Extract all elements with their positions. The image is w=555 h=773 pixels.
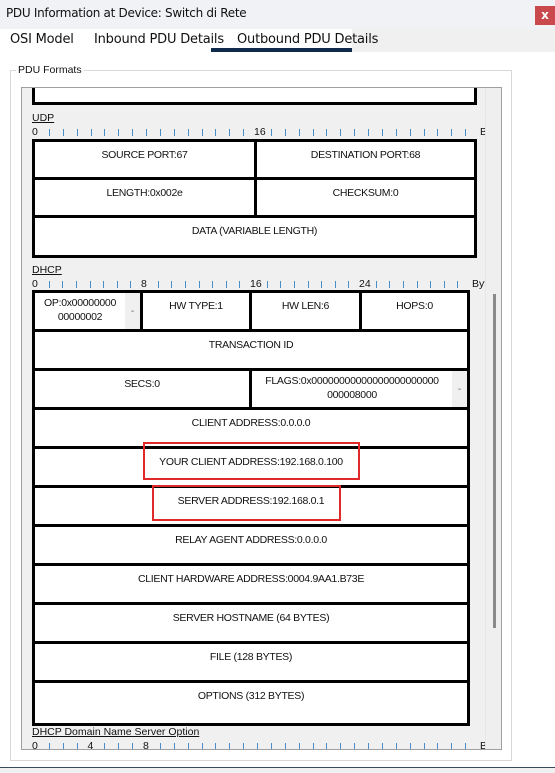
ruler-tick (340, 129, 341, 136)
ruler-tick (451, 743, 452, 750)
ruler-mark: 8 (141, 278, 147, 290)
ruler-mark: 0 (32, 740, 38, 750)
pdu-formats-label: PDU Formats (16, 64, 84, 76)
ruler-tick (465, 743, 466, 750)
ruler-tick (77, 743, 78, 750)
dhcp-client-address-field: CLIENT ADDRESS:0.0.0.0 (35, 410, 467, 446)
dhcp-file-field: FILE (128 BYTES) (35, 644, 467, 680)
ruler-tick (457, 281, 458, 288)
dhcp-hops-field: HOPS:0 (362, 293, 467, 329)
ruler-tick (280, 281, 281, 288)
ruler-tick (308, 281, 309, 288)
ruler-tick (410, 743, 411, 750)
ruler-mark: 8 (143, 740, 149, 750)
ruler-tick (199, 281, 200, 288)
window-bottom-edge (0, 767, 555, 773)
ruler-tick (430, 281, 431, 288)
ruler-mark: 16 (254, 126, 266, 138)
ruler-tick (299, 743, 300, 750)
pdu-scroll-area[interactable]: UDP 016Bits SOURCE PORT:67 DESTINATION P… (21, 87, 502, 750)
ruler-tick (444, 281, 445, 288)
ruler-tick (348, 281, 349, 288)
ruler-tick (368, 129, 369, 136)
dhcp-relay-agent-address-field: RELAY AGENT ADDRESS:0.0.0.0 (35, 527, 467, 563)
dhcp-flags-field: FLAGS:0x00000000000000000000000 00000800… (252, 371, 452, 407)
ruler-tick (188, 129, 189, 136)
ruler-tick (202, 743, 203, 750)
ruler-tick (160, 129, 161, 136)
udp-source-port-field: SOURCE PORT:67 (35, 142, 254, 177)
ruler-tick (239, 281, 240, 288)
udp-data-field: DATA (VARIABLE LENGTH) (35, 218, 474, 255)
tab-osi-model[interactable]: OSI Model (10, 32, 74, 47)
vertical-scrollbar[interactable] (485, 88, 501, 749)
ruler-tick (403, 281, 404, 288)
dhcp-secs-field: SECS:0 (35, 371, 249, 407)
ruler-tick (212, 281, 213, 288)
ruler-tick (104, 129, 105, 136)
flags-field-scroll[interactable]: - (452, 371, 467, 407)
ruler-tick (174, 129, 175, 136)
ruler-tick (188, 743, 189, 750)
ruler-tick (354, 743, 355, 750)
ruler-tick (118, 743, 119, 750)
ruler-mark: 0 (32, 126, 38, 138)
ruler-tick (271, 743, 272, 750)
title-bar: PDU Information at Device: Switch di Ret… (0, 0, 555, 29)
close-icon: x (541, 8, 549, 22)
ruler-tick (158, 281, 159, 288)
ruler-tick (465, 129, 466, 136)
scrollbar-thumb[interactable] (493, 294, 496, 628)
ruler-tick (229, 743, 230, 750)
ruler-tick (437, 743, 438, 750)
udp-header-box: SOURCE PORT:67 DESTINATION PORT:68 LENGT… (32, 139, 477, 258)
ruler-tick (285, 743, 286, 750)
dhcp-transaction-id-field: TRANSACTION ID (35, 332, 467, 368)
ruler-tick (326, 743, 327, 750)
ruler-tick (321, 281, 322, 288)
ruler-tick (424, 129, 425, 136)
dhcp-op-field: OP:0x00000000 00000002 (35, 293, 125, 329)
ruler-tick (130, 281, 131, 288)
ruler-tick (91, 129, 92, 136)
ruler-tick (313, 129, 314, 136)
ruler-tick (294, 281, 295, 288)
ruler-tick (354, 129, 355, 136)
dhcp-byte-ruler: 081624Bytes (32, 278, 502, 290)
ruler-tick (49, 129, 50, 136)
tab-outbound-pdu-details[interactable]: Outbound PDU Details (237, 32, 378, 47)
dhcp-client-hardware-address-field: CLIENT HARDWARE ADDRESS:0004.9AA1.B73E (35, 566, 467, 602)
ruler-tick (63, 129, 64, 136)
dhcp-section-label: DHCP (32, 264, 62, 276)
udp-destination-port-field: DESTINATION PORT:68 (257, 142, 474, 177)
dns-option-bit-ruler: 048Bits (32, 740, 502, 750)
ruler-tick (396, 129, 397, 136)
ruler-tick (299, 129, 300, 136)
ruler-tick (146, 129, 147, 136)
highlight-server-address (152, 485, 341, 521)
ruler-tick (382, 743, 383, 750)
ruler-tick (49, 281, 50, 288)
dhcp-options-field: OPTIONS (312 BYTES) (35, 683, 467, 723)
ruler-tick (335, 281, 336, 288)
ruler-mark: 4 (88, 740, 94, 750)
ruler-tick (326, 129, 327, 136)
ruler-tick (215, 743, 216, 750)
ruler-mark: 0 (32, 278, 38, 290)
ruler-tick (368, 743, 369, 750)
close-button[interactable]: x (535, 6, 555, 25)
ruler-tick (104, 743, 105, 750)
ruler-tick (382, 129, 383, 136)
udp-checksum-field: CHECKSUM:0 (257, 180, 474, 215)
ruler-mark: 16 (250, 278, 262, 290)
dhcp-server-hostname-field: SERVER HOSTNAME (64 BYTES) (35, 605, 467, 641)
previous-header-box (32, 87, 477, 105)
ruler-tick (437, 129, 438, 136)
ruler-tick (118, 129, 119, 136)
ruler-tick (76, 281, 77, 288)
dhcp-hw-len-field: HW LEN:6 (252, 293, 359, 329)
ruler-tick (174, 743, 175, 750)
ruler-tick (389, 281, 390, 288)
ruler-tick (313, 743, 314, 750)
tab-inbound-pdu-details[interactable]: Inbound PDU Details (94, 32, 224, 47)
ruler-tick (63, 743, 64, 750)
ruler-tick (376, 281, 377, 288)
dhcp-hw-type-field: HW TYPE:1 (143, 293, 249, 329)
ruler-tick (417, 281, 418, 288)
ruler-tick (267, 281, 268, 288)
ruler-tick (424, 743, 425, 750)
ruler-tick (160, 743, 161, 750)
ruler-tick (410, 129, 411, 136)
ruler-tick (132, 743, 133, 750)
udp-section-label: UDP (32, 112, 54, 124)
ruler-tick (243, 743, 244, 750)
ruler-tick (271, 129, 272, 136)
udp-length-field: LENGTH:0x002e (35, 180, 254, 215)
ruler-tick (257, 743, 258, 750)
ruler-mark: 24 (359, 278, 371, 290)
highlight-your-client-address (143, 442, 360, 480)
ruler-tick (117, 281, 118, 288)
ruler-tick (285, 129, 286, 136)
ruler-tick (340, 743, 341, 750)
ruler-tick (132, 129, 133, 136)
ruler-tick (396, 743, 397, 750)
ruler-tick (62, 281, 63, 288)
ruler-tick (49, 743, 50, 750)
tab-bar: OSI Model Inbound PDU Details Outbound P… (0, 29, 555, 52)
ruler-tick (451, 129, 452, 136)
window-title: PDU Information at Device: Switch di Ret… (6, 6, 246, 20)
op-field-scroll[interactable]: - (125, 293, 140, 329)
ruler-tick (229, 129, 230, 136)
ruler-tick (90, 281, 91, 288)
ruler-tick (77, 129, 78, 136)
dns-option-section-label: DHCP Domain Name Server Option (32, 726, 199, 738)
ruler-tick (226, 281, 227, 288)
ruler-tick (103, 281, 104, 288)
ruler-tick (243, 129, 244, 136)
ruler-tick (202, 129, 203, 136)
ruler-tick (185, 281, 186, 288)
udp-bit-ruler: 016Bits (32, 126, 502, 138)
ruler-tick (171, 281, 172, 288)
ruler-tick (215, 129, 216, 136)
